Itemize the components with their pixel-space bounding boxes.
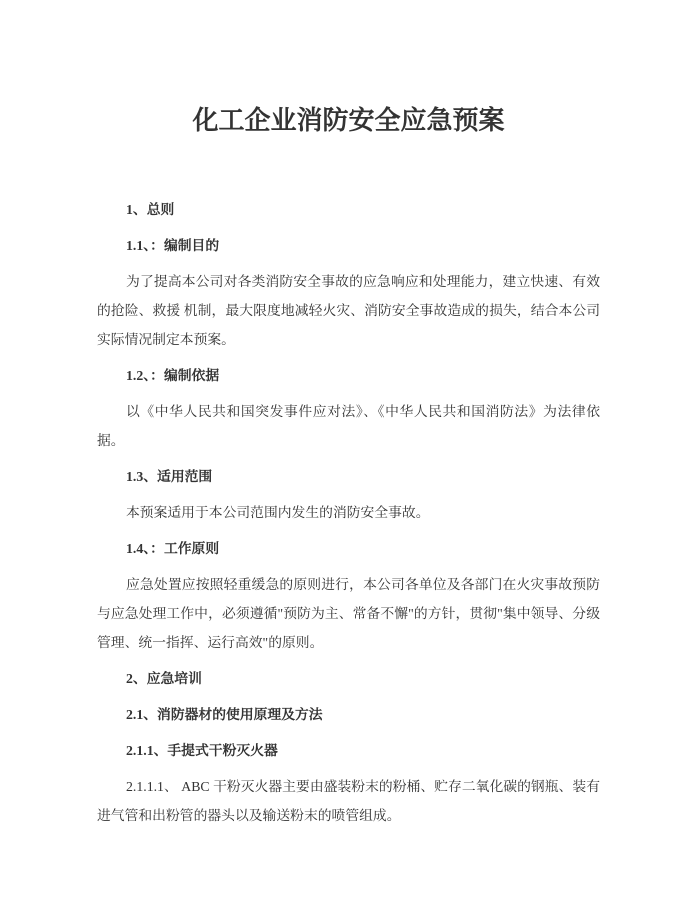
paragraph: 为了提高本公司对各类消防安全事故的应急响应和处理能力，建立快速、有效的抢险、救援… bbox=[97, 267, 600, 354]
section-heading: 1.4、：工作原则 bbox=[97, 534, 600, 563]
section-heading: 1.3、适用范围 bbox=[97, 462, 600, 491]
section-heading: 2.1、消防器材的使用原理及方法 bbox=[97, 700, 600, 729]
document-title: 化工企业消防安全应急预案 bbox=[97, 101, 600, 141]
paragraph: 本预案适用于本公司范围内发生的消防安全事故。 bbox=[97, 498, 600, 527]
paragraph: 以《中华人民共和国突发事件应对法》、《中华人民共和国消防法》为法律依据。 bbox=[97, 397, 600, 455]
section-heading: 2、应急培训 bbox=[97, 664, 600, 693]
section-heading: 1.2、：编制依据 bbox=[97, 361, 600, 390]
section-heading: 1.1、：编制目的 bbox=[97, 231, 600, 260]
paragraph: 2.1.1.1、 ABC 干粉灭火器主要由盛装粉末的粉桶、贮存二氧化碳的钢瓶、装… bbox=[97, 772, 600, 830]
document-page: 化工企业消防安全应急预案 1、总则1.1、：编制目的为了提高本公司对各类消防安全… bbox=[0, 0, 700, 905]
paragraph: 应急处置应按照轻重缓急的原则进行，本公司各单位及各部门在火灾事故预防与应急处理工… bbox=[97, 570, 600, 657]
section-heading: 2.1.1、手提式干粉灭火器 bbox=[97, 736, 600, 765]
document-body: 1、总则1.1、：编制目的为了提高本公司对各类消防安全事故的应急响应和处理能力，… bbox=[97, 195, 600, 830]
section-heading: 1、总则 bbox=[97, 195, 600, 224]
